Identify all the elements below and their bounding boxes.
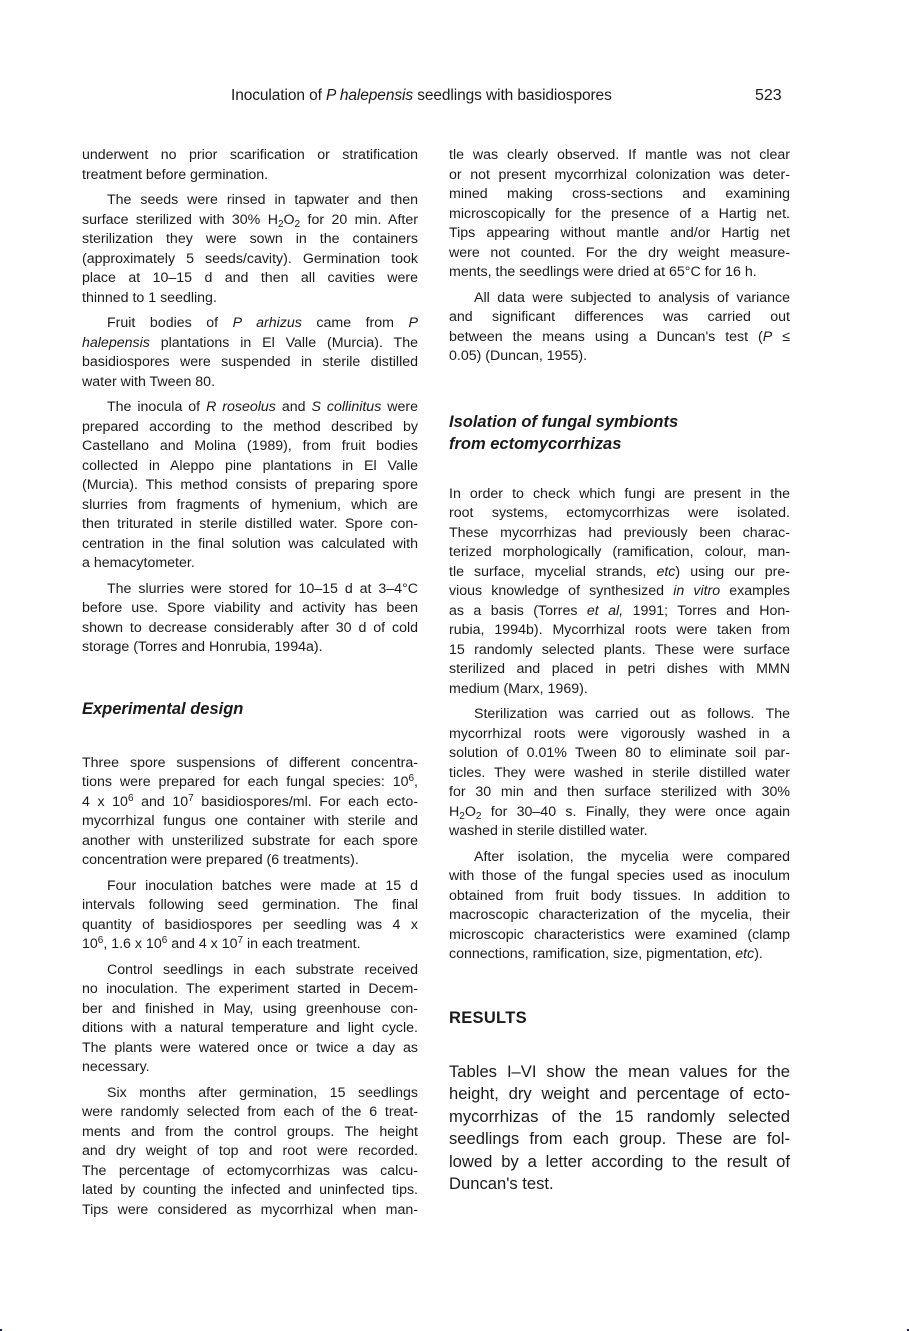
species-name: P <box>409 315 418 331</box>
text-line: height, dry weight and percentage of ect… <box>449 1083 790 1106</box>
text-line: storage (Torres and Honrubia, 1994a). <box>82 638 418 658</box>
paragraph: Three spore suspensions of different con… <box>82 754 418 871</box>
text-line: surface sterilized with 30% H2O2 for 20 … <box>82 211 418 231</box>
text-italic: etc <box>735 946 754 962</box>
text-line: tle was clearly observed. If mantle was … <box>449 146 790 166</box>
text: in each treatment. <box>243 936 361 952</box>
right-column: tle was clearly observed. If mantle was … <box>449 146 790 1196</box>
text-line: terized morphologically (ramification, c… <box>449 543 790 563</box>
paragraph: Four inoculation batches were made at 15… <box>82 877 418 955</box>
text-line: The inocula of R roseolus and S collinit… <box>82 398 418 418</box>
text-line: macroscopic characterization of the myce… <box>449 906 790 926</box>
text-line: then triturated in sterile distilled wat… <box>82 515 418 535</box>
running-head-text: Inoculation of <box>231 87 326 104</box>
text: , 1.6 x 10 <box>103 936 161 952</box>
text: The inocula of <box>107 399 206 415</box>
text: O <box>284 212 295 228</box>
text-line: place at 10–15 d and then all cavities w… <box>82 269 418 289</box>
text-line: 106, 1.6 x 106 and 4 x 107 in each treat… <box>82 935 418 955</box>
paragraph: underwent no prior scarification or stra… <box>82 146 418 185</box>
text: 4 x 10 <box>82 794 128 810</box>
paragraph: After isolation, the mycelia were compar… <box>449 848 790 965</box>
text-line: collected in Aleppo pine plantations in … <box>82 457 418 477</box>
text-line: washed in sterile distilled water. <box>449 822 790 842</box>
text-line: Duncan's test. <box>449 1173 790 1196</box>
paragraph: The slurries were stored for 10–15 d at … <box>82 580 418 658</box>
text-line: All data were subjected to analysis of v… <box>449 289 790 309</box>
text-line: Four inoculation batches were made at 15… <box>82 877 418 897</box>
text-line: halepensis plantations in El Valle (Murc… <box>82 334 418 354</box>
paragraph: Control seedlings in each substrate rece… <box>82 961 418 1078</box>
text: basidiospores/ml. For each ecto- <box>194 794 418 810</box>
text-line: mined making cross-sections and examinin… <box>449 185 790 205</box>
text-line: (Murcia). This method consists of prepar… <box>82 476 418 496</box>
paragraph: The inocula of R roseolus and S collinit… <box>82 398 418 574</box>
text: 10 <box>82 936 98 952</box>
text: as a basis (Torres <box>449 603 587 619</box>
text-line: rubia, 1994b). Mycorrhizal roots were ta… <box>449 621 790 641</box>
text-line: root systems, ectomycorrhizas were isola… <box>449 504 790 524</box>
text: for 30–40 s. Finally, they were once aga… <box>481 804 790 820</box>
text-line: ditions with a natural temperature and l… <box>82 1019 418 1039</box>
text-line: Tips appearing without mantle and/or Har… <box>449 224 790 244</box>
paragraph: Fruit bodies of P arhizus came from P ha… <box>82 314 418 392</box>
text: tions were prepared for each fungal spec… <box>82 774 408 790</box>
text: came from <box>316 315 408 331</box>
text-line: H2O2 for 30–40 s. Finally, they were onc… <box>449 803 790 823</box>
paragraph: In order to check which fungi are presen… <box>449 485 790 700</box>
text-line: 0.05) (Duncan, 1955). <box>449 347 790 367</box>
text-line: Six months after germination, 15 seedlin… <box>82 1084 418 1104</box>
text-line: between the means using a Duncan's test … <box>449 328 790 348</box>
paragraph: The seeds were rinsed in tapwater and th… <box>82 191 418 308</box>
text: Fruit bodies of <box>107 315 233 331</box>
text-line: The slurries were stored for 10–15 d at … <box>82 580 418 600</box>
text-italic: P <box>763 329 772 345</box>
section-heading-isolation-line2: from ectomycorrhizas <box>449 433 790 455</box>
text: ) using our pre- <box>675 564 790 580</box>
text-line: no inoculation. The experiment started i… <box>82 980 418 1000</box>
text: for 20 min. After <box>300 212 418 228</box>
text: examples <box>720 583 790 599</box>
text-line: The percentage of ectomycorrhizas was ca… <box>82 1162 418 1182</box>
text-line: prepared according to the method describ… <box>82 418 418 438</box>
left-column: underwent no prior scarification or stra… <box>82 146 418 1220</box>
text-line: Three spore suspensions of different con… <box>82 754 418 774</box>
running-head: Inoculation of P halepensis seedlings wi… <box>231 87 612 105</box>
text-line: shown to decrease considerably after 30 … <box>82 619 418 639</box>
text: O <box>465 804 476 820</box>
running-head-species: P halepensis <box>326 87 413 104</box>
text-line: Castellano and Molina (1989), from fruit… <box>82 437 418 457</box>
text-line: sterilization they were sown in the cont… <box>82 230 418 250</box>
text-line: ments, the seedlings were dried at 65°C … <box>449 263 790 283</box>
text: and 10 <box>134 794 189 810</box>
text: ≤ <box>772 329 790 345</box>
text-line: 15 randomly selected plants. These were … <box>449 641 790 661</box>
paragraph: Sterilization was carried out as follows… <box>449 705 790 842</box>
text-line: ticles. They were washed in sterile dist… <box>449 764 790 784</box>
text-line: Sterilization was carried out as follows… <box>449 705 790 725</box>
text: ). <box>754 946 763 962</box>
species-name: P arhizus <box>233 315 302 331</box>
species-name: R roseolus <box>206 399 276 415</box>
text-line: and dry weight of top and root were reco… <box>82 1142 418 1162</box>
paragraph: tle was clearly observed. If mantle was … <box>449 146 790 283</box>
text-line: Fruit bodies of P arhizus came from P <box>82 314 418 334</box>
text: , <box>414 774 418 790</box>
text-line: After isolation, the mycelia were compar… <box>449 848 790 868</box>
species-name: S collinitus <box>311 399 381 415</box>
species-name: halepensis <box>82 335 150 351</box>
text-line: lowed by a letter according to the resul… <box>449 1151 790 1174</box>
text-line: tions were prepared for each fungal spec… <box>82 773 418 793</box>
text-line: The seeds were rinsed in tapwater and th… <box>82 191 418 211</box>
text-line: medium (Marx, 1969). <box>449 680 790 700</box>
text-line: These mycorrhizas had previously been ch… <box>449 524 790 544</box>
text-line: Tables I–VI show the mean values for the <box>449 1061 790 1084</box>
text-line: intervals following seed germination. Th… <box>82 896 418 916</box>
text-line: ments and from the control groups. The h… <box>82 1123 418 1143</box>
text-line: before use. Spore viability and activity… <box>82 599 418 619</box>
text-line: a hemacytometer. <box>82 554 418 574</box>
text-line: mycorrhizal roots were vigorously washed… <box>449 725 790 745</box>
section-heading-experimental-design: Experimental design <box>82 698 418 720</box>
text-line: were not counted. For the dry weight mea… <box>449 244 790 264</box>
text-line: vious knowledge of synthesized in vitro … <box>449 582 790 602</box>
text: 1991; Torres and Hon- <box>623 603 790 619</box>
text: surface sterilized with 30% H <box>82 212 278 228</box>
text-line: Control seedlings in each substrate rece… <box>82 961 418 981</box>
text-line: microscopic characteristics were examine… <box>449 926 790 946</box>
text-italic: et al, <box>587 603 623 619</box>
text: between the means using a Duncan's test … <box>449 329 763 345</box>
text: were <box>381 399 418 415</box>
text-line: and significant differences was carried … <box>449 308 790 328</box>
paragraph: Tables I–VI show the mean values for the… <box>449 1061 790 1196</box>
text-line: concentration were prepared (6 treatment… <box>82 851 418 871</box>
text-line: solution of 0.01% Tween 80 to eliminate … <box>449 744 790 764</box>
text-line: In order to check which fungi are presen… <box>449 485 790 505</box>
text-line: were randomly selected from each of the … <box>82 1103 418 1123</box>
text-line: ber and finished in May, using greenhous… <box>82 1000 418 1020</box>
running-head-text-end: seedlings with basidiospores <box>413 87 612 104</box>
text-line: lated by counting the infected and uninf… <box>82 1181 418 1201</box>
text-line: for 30 min and then surface sterilized w… <box>449 783 790 803</box>
text-line: mycorrhizas of the 15 randomly selected <box>449 1106 790 1129</box>
text-line: (approximately 5 seeds/cavity). Germinat… <box>82 250 418 270</box>
text-line: sterilized and placed in petri dishes wi… <box>449 660 790 680</box>
text-line: connections, ramification, size, pigment… <box>449 945 790 965</box>
text-line: Tips were considered as mycorrhizal when… <box>82 1201 418 1221</box>
paragraph: Six months after germination, 15 seedlin… <box>82 1084 418 1221</box>
text-line: treatment before germination. <box>82 166 418 186</box>
text: H <box>449 804 459 820</box>
text: and 4 x 10 <box>167 936 237 952</box>
text-line: necessary. <box>82 1058 418 1078</box>
text-line: tle surface, mycelial strands, etc) usin… <box>449 563 790 583</box>
text: tle surface, mycelial strands, <box>449 564 656 580</box>
text-line: mycorrhizal fungus one container with st… <box>82 812 418 832</box>
text-line: quantity of basidiospores per seedling w… <box>82 916 418 936</box>
text: plantations in El Valle (Murcia). The <box>150 335 418 351</box>
text-line: as a basis (Torres et al, 1991; Torres a… <box>449 602 790 622</box>
paragraph: All data were subjected to analysis of v… <box>449 289 790 367</box>
text-line: or not present mycorrhizal colonization … <box>449 166 790 186</box>
page-number: 523 <box>755 87 782 105</box>
text-line: another with unsterilized substrate for … <box>82 832 418 852</box>
text: vious knowledge of synthesized <box>449 583 673 599</box>
section-heading-isolation: Isolation of fungal symbionts <box>449 411 790 433</box>
text-line: centration in the final solution was cal… <box>82 535 418 555</box>
text-line: basidiospores were suspended in sterile … <box>82 353 418 373</box>
text-italic: in vitro <box>673 583 720 599</box>
text-line: 4 x 106 and 107 basidiospores/ml. For ea… <box>82 793 418 813</box>
text-line: seedlings from each group. These are fol… <box>449 1128 790 1151</box>
section-heading-results: RESULTS <box>449 1007 790 1029</box>
text: and <box>276 399 312 415</box>
text-italic: etc <box>656 564 675 580</box>
text-line: underwent no prior scarification or stra… <box>82 146 418 166</box>
text-line: obtained from fruit body tissues. In add… <box>449 887 790 907</box>
text-line: The plants were watered once or twice a … <box>82 1039 418 1059</box>
text-line: water with Tween 80. <box>82 373 418 393</box>
text-line: slurries from fragments of hymenium, whi… <box>82 496 418 516</box>
text-line: thinned to 1 seedling. <box>82 289 418 309</box>
text-line: with those of the fungal species used as… <box>449 867 790 887</box>
text-line: microscopically for the presence of a Ha… <box>449 205 790 225</box>
text: connections, ramification, size, pigment… <box>449 946 735 962</box>
